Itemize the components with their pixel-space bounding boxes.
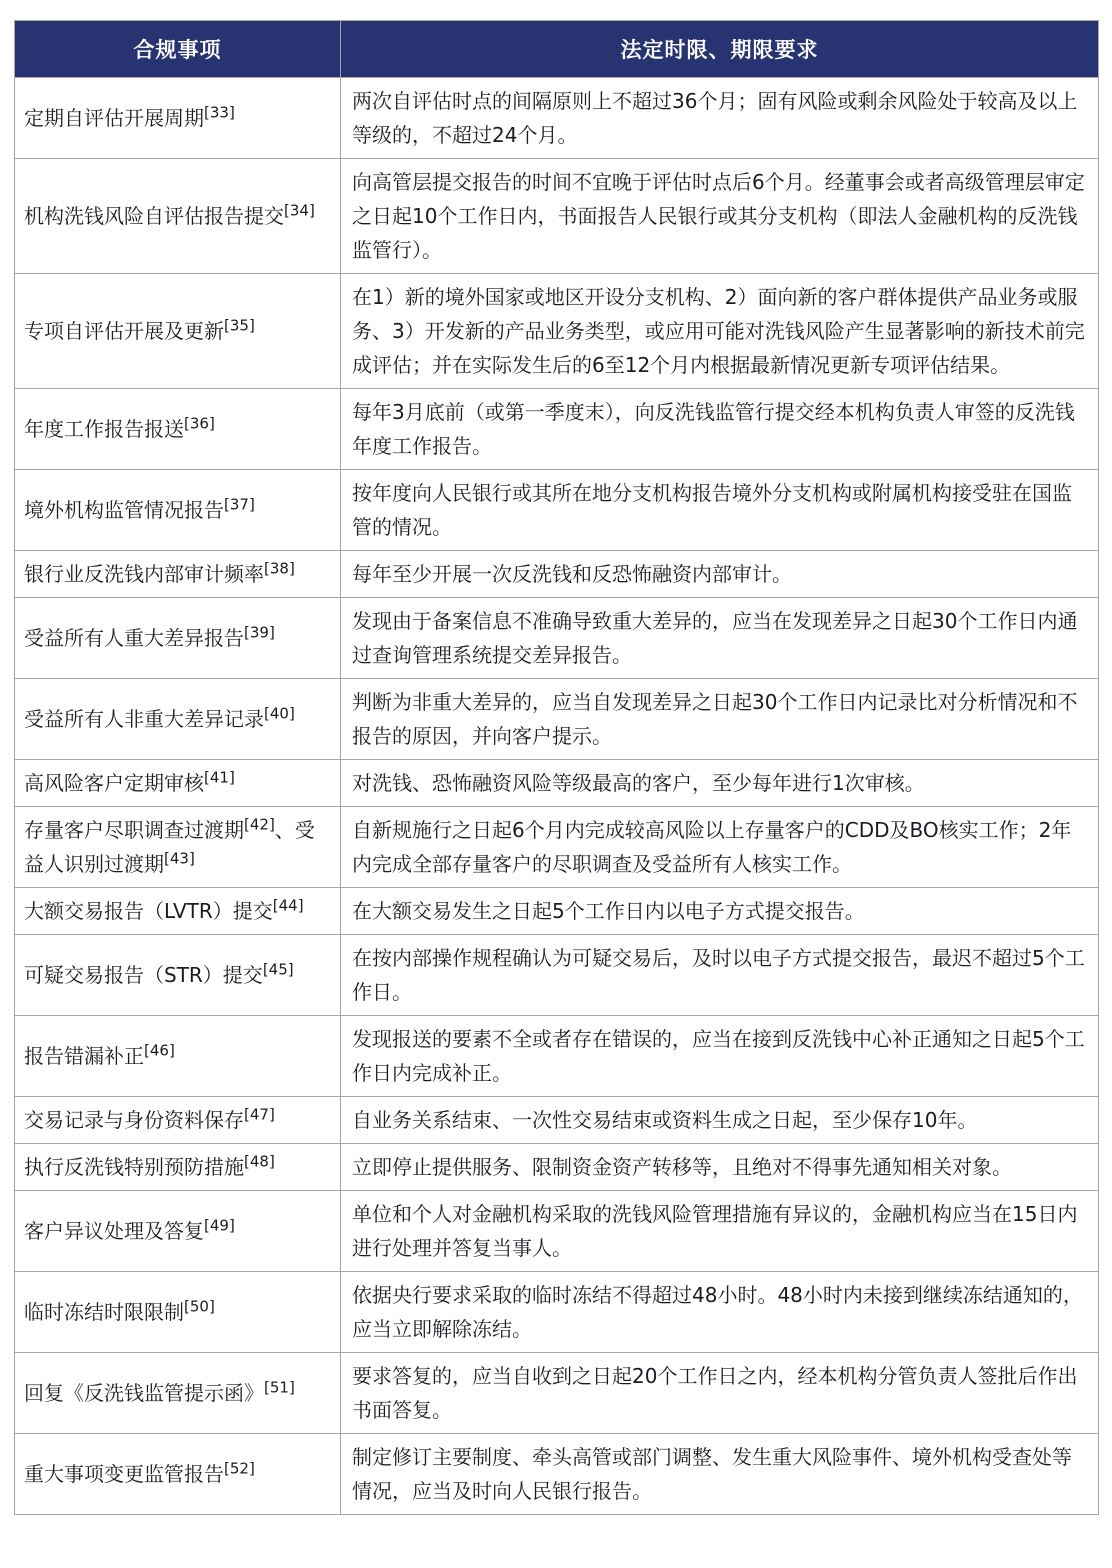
table-row: 受益所有人重大差异报告[39]发现由于备案信息不准确导致重大差异的，应当在发现差… bbox=[15, 598, 1099, 679]
table-row: 境外机构监管情况报告[37]按年度向人民银行或其所在地分支机构报告境外分支机构或… bbox=[15, 470, 1099, 551]
item-cell: 重大事项变更监管报告[52] bbox=[15, 1434, 341, 1515]
footnote-ref: [49] bbox=[204, 1216, 235, 1234]
requirement-cell: 在1）新的境外国家或地区开设分支机构、2）面向新的客户群体提供产品业务或服务、3… bbox=[341, 274, 1099, 389]
item-cell: 受益所有人非重大差异记录[40] bbox=[15, 679, 341, 760]
footnote-ref: [38] bbox=[264, 559, 295, 577]
item-cell: 存量客户尽职调查过渡期[42]、受益人识别过渡期[43] bbox=[15, 807, 341, 888]
requirement-cell: 在按内部操作规程确认为可疑交易后，及时以电子方式提交报告，最迟不超过5个工作日。 bbox=[341, 935, 1099, 1016]
item-cell: 高风险客户定期审核[41] bbox=[15, 760, 341, 807]
footnote-ref: [42] bbox=[244, 815, 275, 833]
compliance-deadlines-table: 合规事项 法定时限、期限要求 定期自评估开展周期[33]两次自评估时点的间隔原则… bbox=[14, 20, 1099, 1515]
table-row: 可疑交易报告（STR）提交[45]在按内部操作规程确认为可疑交易后，及时以电子方… bbox=[15, 935, 1099, 1016]
requirement-cell: 依据央行要求采取的临时冻结不得超过48小时。48小时内未接到继续冻结通知的，应当… bbox=[341, 1272, 1099, 1353]
item-cell: 专项自评估开展及更新[35] bbox=[15, 274, 341, 389]
footnote-ref: [48] bbox=[244, 1152, 275, 1170]
table-row: 交易记录与身份资料保存[47]自业务关系结束、一次性交易结束或资料生成之日起，至… bbox=[15, 1097, 1099, 1144]
item-cell: 交易记录与身份资料保存[47] bbox=[15, 1097, 341, 1144]
requirement-cell: 两次自评估时点的间隔原则上不超过36个月；固有风险或剩余风险处于较高及以上等级的… bbox=[341, 78, 1099, 159]
item-cell: 执行反洗钱特别预防措施[48] bbox=[15, 1144, 341, 1191]
requirement-cell: 自新规施行之日起6个月内完成较高风险以上存量客户的CDD及BO核实工作；2年内完… bbox=[341, 807, 1099, 888]
footnote-ref: [52] bbox=[224, 1459, 255, 1477]
requirement-cell: 发现由于备案信息不准确导致重大差异的，应当在发现差异之日起30个工作日内通过查询… bbox=[341, 598, 1099, 679]
footnote-ref: [46] bbox=[144, 1041, 175, 1059]
requirement-cell: 按年度向人民银行或其所在地分支机构报告境外分支机构或附属机构接受驻在国监管的情况… bbox=[341, 470, 1099, 551]
table-row: 大额交易报告（LVTR）提交[44]在大额交易发生之日起5个工作日内以电子方式提… bbox=[15, 888, 1099, 935]
item-cell: 可疑交易报告（STR）提交[45] bbox=[15, 935, 341, 1016]
requirement-cell: 立即停止提供服务、限制资金资产转移等，且绝对不得事先通知相关对象。 bbox=[341, 1144, 1099, 1191]
footnote-ref: [43] bbox=[164, 849, 195, 867]
table-row: 临时冻结时限限制[50]依据央行要求采取的临时冻结不得超过48小时。48小时内未… bbox=[15, 1272, 1099, 1353]
table-row: 受益所有人非重大差异记录[40]判断为非重大差异的，应当自发现差异之日起30个工… bbox=[15, 679, 1099, 760]
table-row: 年度工作报告报送[36]每年3月底前（或第一季度末），向反洗钱监管行提交经本机构… bbox=[15, 389, 1099, 470]
item-cell: 境外机构监管情况报告[37] bbox=[15, 470, 341, 551]
item-cell: 定期自评估开展周期[33] bbox=[15, 78, 341, 159]
footnote-ref: [34] bbox=[284, 201, 315, 219]
footnote-ref: [45] bbox=[263, 960, 294, 978]
table-row: 高风险客户定期审核[41]对洗钱、恐怖融资风险等级最高的客户，至少每年进行1次审… bbox=[15, 760, 1099, 807]
table-body: 定期自评估开展周期[33]两次自评估时点的间隔原则上不超过36个月；固有风险或剩… bbox=[15, 78, 1099, 1515]
table-row: 银行业反洗钱内部审计频率[38]每年至少开展一次反洗钱和反恐怖融资内部审计。 bbox=[15, 551, 1099, 598]
requirement-cell: 每年3月底前（或第一季度末），向反洗钱监管行提交经本机构负责人审签的反洗钱年度工… bbox=[341, 389, 1099, 470]
requirement-cell: 制定修订主要制度、牵头高管或部门调整、发生重大风险事件、境外机构受查处等情况，应… bbox=[341, 1434, 1099, 1515]
item-cell: 报告错漏补正[46] bbox=[15, 1016, 341, 1097]
footnote-ref: [47] bbox=[244, 1105, 275, 1123]
requirement-cell: 发现报送的要素不全或者存在错误的，应当在接到反洗钱中心补正通知之日起5个工作日内… bbox=[341, 1016, 1099, 1097]
footnote-ref: [35] bbox=[224, 316, 255, 334]
table-row: 重大事项变更监管报告[52]制定修订主要制度、牵头高管或部门调整、发生重大风险事… bbox=[15, 1434, 1099, 1515]
requirement-cell: 在大额交易发生之日起5个工作日内以电子方式提交报告。 bbox=[341, 888, 1099, 935]
table-row: 客户异议处理及答复[49]单位和个人对金融机构采取的洗钱风险管理措施有异议的，金… bbox=[15, 1191, 1099, 1272]
header-compliance-item: 合规事项 bbox=[15, 21, 341, 78]
table-row: 专项自评估开展及更新[35]在1）新的境外国家或地区开设分支机构、2）面向新的客… bbox=[15, 274, 1099, 389]
requirement-cell: 向高管层提交报告的时间不宜晚于评估时点后6个月。经董事会或者高级管理层审定之日起… bbox=[341, 159, 1099, 274]
table-row: 回复《反洗钱监管提示函》[51]要求答复的，应当自收到之日起20个工作日之内，经… bbox=[15, 1353, 1099, 1434]
item-cell: 银行业反洗钱内部审计频率[38] bbox=[15, 551, 341, 598]
header-row: 合规事项 法定时限、期限要求 bbox=[15, 21, 1099, 78]
table-row: 机构洗钱风险自评估报告提交[34]向高管层提交报告的时间不宜晚于评估时点后6个月… bbox=[15, 159, 1099, 274]
requirement-cell: 判断为非重大差异的，应当自发现差异之日起30个工作日内记录比对分析情况和不报告的… bbox=[341, 679, 1099, 760]
footnote-ref: [40] bbox=[264, 704, 295, 722]
item-cell: 年度工作报告报送[36] bbox=[15, 389, 341, 470]
footnote-ref: [44] bbox=[273, 896, 304, 914]
page: 合规事项 法定时限、期限要求 定期自评估开展周期[33]两次自评估时点的间隔原则… bbox=[0, 0, 1112, 1531]
footnote-ref: [41] bbox=[204, 768, 235, 786]
item-cell: 临时冻结时限限制[50] bbox=[15, 1272, 341, 1353]
table-row: 报告错漏补正[46]发现报送的要素不全或者存在错误的，应当在接到反洗钱中心补正通… bbox=[15, 1016, 1099, 1097]
requirement-cell: 对洗钱、恐怖融资风险等级最高的客户，至少每年进行1次审核。 bbox=[341, 760, 1099, 807]
footnote-ref: [37] bbox=[224, 495, 255, 513]
item-cell: 大额交易报告（LVTR）提交[44] bbox=[15, 888, 341, 935]
footnote-ref: [39] bbox=[244, 623, 275, 641]
requirement-cell: 自业务关系结束、一次性交易结束或资料生成之日起，至少保存10年。 bbox=[341, 1097, 1099, 1144]
requirement-cell: 要求答复的，应当自收到之日起20个工作日之内，经本机构分管负责人签批后作出书面答… bbox=[341, 1353, 1099, 1434]
footnote-ref: [33] bbox=[204, 103, 235, 121]
table-row: 执行反洗钱特别预防措施[48]立即停止提供服务、限制资金资产转移等，且绝对不得事… bbox=[15, 1144, 1099, 1191]
table-row: 存量客户尽职调查过渡期[42]、受益人识别过渡期[43]自新规施行之日起6个月内… bbox=[15, 807, 1099, 888]
item-cell: 回复《反洗钱监管提示函》[51] bbox=[15, 1353, 341, 1434]
item-cell: 机构洗钱风险自评估报告提交[34] bbox=[15, 159, 341, 274]
footnote-ref: [50] bbox=[184, 1297, 215, 1315]
requirement-cell: 单位和个人对金融机构采取的洗钱风险管理措施有异议的，金融机构应当在15日内进行处… bbox=[341, 1191, 1099, 1272]
requirement-cell: 每年至少开展一次反洗钱和反恐怖融资内部审计。 bbox=[341, 551, 1099, 598]
footnote-ref: [51] bbox=[264, 1378, 295, 1396]
footnote-ref: [36] bbox=[184, 414, 215, 432]
table-row: 定期自评估开展周期[33]两次自评估时点的间隔原则上不超过36个月；固有风险或剩… bbox=[15, 78, 1099, 159]
item-cell: 客户异议处理及答复[49] bbox=[15, 1191, 341, 1272]
item-cell: 受益所有人重大差异报告[39] bbox=[15, 598, 341, 679]
header-deadline-requirement: 法定时限、期限要求 bbox=[341, 21, 1099, 78]
